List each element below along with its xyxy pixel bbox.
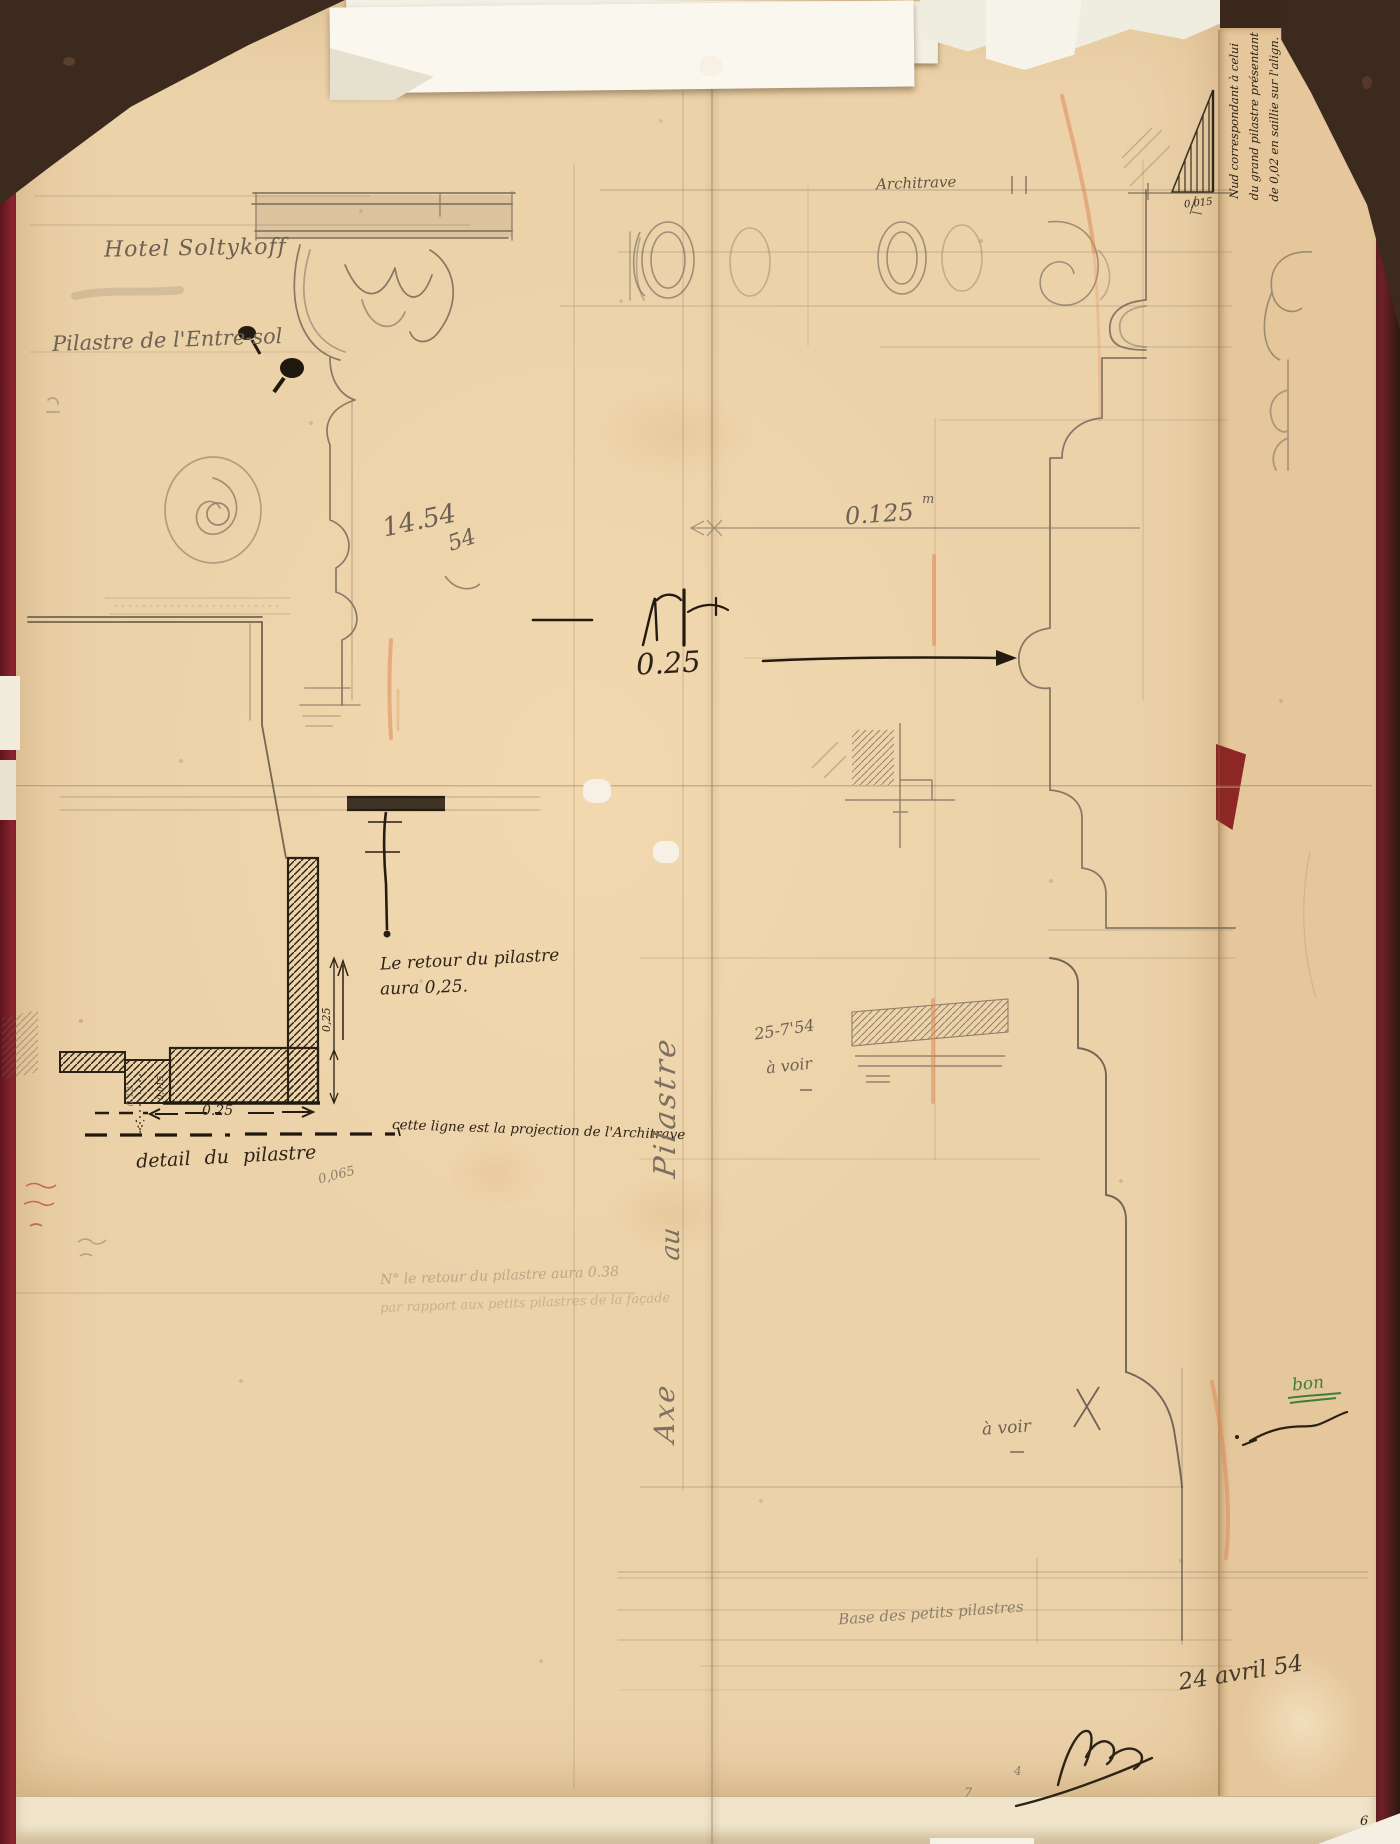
folio-number-a: 7: [964, 1786, 972, 1801]
dim-0015: 0,015: [156, 1076, 166, 1100]
bon-mark: bon: [1291, 1372, 1325, 1395]
sheet-edge-line: [1218, 30, 1220, 1796]
corner-annotation: Nud correspondant à celui du grand pilas…: [1224, 30, 1284, 202]
a-voir-right: à voir: [981, 1416, 1031, 1439]
minor-crease: [16, 1292, 636, 1294]
abrasion-patch: [583, 779, 611, 803]
paper-stain: [450, 1138, 540, 1208]
white-paper-left-mid: [0, 676, 20, 750]
paper-stain: [600, 388, 750, 480]
sheet-bottom-edge: [16, 1796, 1376, 1844]
dim-0125: 0.125: [844, 498, 915, 531]
corner-annotation-line3: de 0,02 en saillie sur l'align.: [1264, 33, 1284, 202]
white-paper-left-mid2: [0, 760, 16, 820]
drawing-sheet: [16, 0, 1220, 1798]
axis-label-au: au: [656, 1226, 686, 1262]
abrasion-patch-2: [653, 841, 679, 863]
corner-annotation-line2: du grand pilastre présentant: [1244, 31, 1264, 200]
folio-number-b: 4: [1014, 1764, 1022, 1778]
dim-025-dashed: 0.25: [202, 1103, 233, 1119]
dim-025-ink: 0.25: [635, 644, 701, 681]
corner-annotation-line1: Nud correspondant à celui: [1224, 30, 1244, 199]
page-title: Hotel Soltykoff: [104, 234, 287, 262]
dim-012: 0.12: [126, 1086, 136, 1107]
album-page: Hotel Soltykoff Pilastre de l'Entre-sol …: [0, 0, 1400, 1844]
horizontal-fold: [16, 785, 1372, 788]
architrave-label: Architrave: [876, 173, 957, 194]
dim-0125-unit: m: [922, 492, 934, 507]
vertical-fold: [704, 0, 722, 1844]
underlying-sheet: [1218, 28, 1376, 1844]
axis-label-pilastre: Pilastre: [648, 1034, 683, 1180]
abrasion-patch-3: [700, 56, 722, 76]
white-sliver-bottom: [930, 1838, 1034, 1844]
retour-note-line2: aura 0,25.: [380, 976, 469, 999]
axis-label-axe: Axe: [648, 1381, 681, 1444]
dim-025-vert: 0,25: [320, 1008, 333, 1033]
